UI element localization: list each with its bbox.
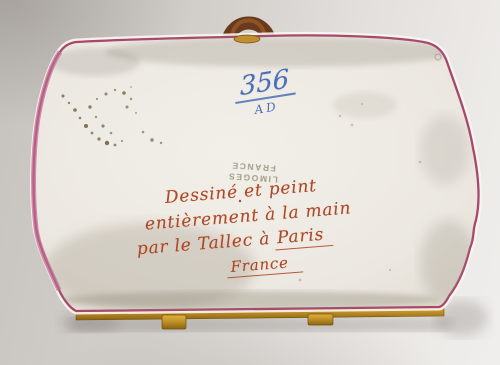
inscription-france-underlined: France: [226, 252, 304, 278]
clasp-catch-plate: [234, 35, 260, 43]
hinge-tab: [162, 315, 186, 329]
hinge-tab: [308, 314, 333, 325]
pattern-number-mark: 356 AD: [233, 66, 300, 120]
painter-inscription: Dessiné et peint entièrement à la main p…: [124, 170, 381, 287]
photo-scene: 356 AD LIMOGES FRANCE Dessiné et peint e…: [0, 0, 500, 365]
inscription-paris-underlined: Paris: [273, 224, 333, 250]
